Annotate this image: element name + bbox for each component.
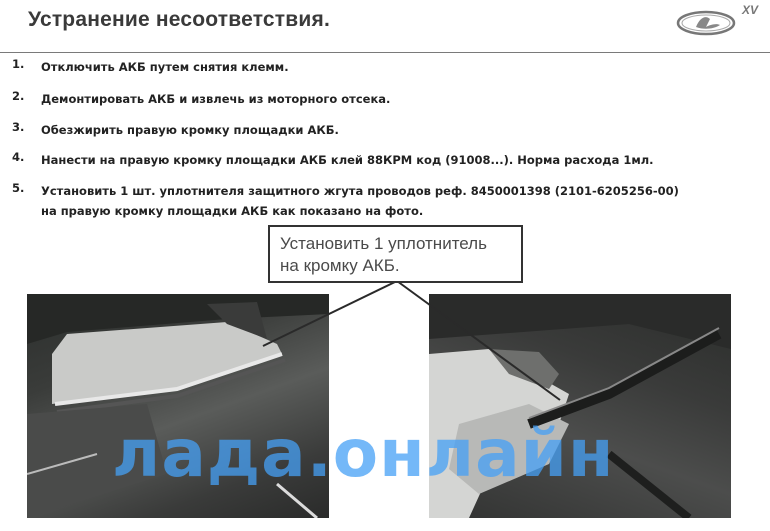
step-text: Нанести на правую кромку площадки АКБ кл…: [41, 150, 654, 170]
step-number: 5.: [12, 181, 24, 195]
logo-mark: XV: [742, 3, 758, 17]
watermark: лада.онлайн: [112, 415, 614, 492]
step-number: 1.: [12, 57, 24, 71]
step-text: Установить 1 шт. уплотнителя защитного ж…: [41, 181, 679, 201]
step-number: 4.: [12, 150, 24, 164]
page-title: Устранение несоответствия.: [28, 8, 330, 32]
callout-line: Установить 1 уплотнитель: [280, 233, 487, 255]
callout-line: на кромку АКБ.: [280, 255, 487, 277]
callout-box: Установить 1 уплотнитель на кромку АКБ.: [268, 225, 523, 283]
step-text: Отключить АКБ путем снятия клемм.: [41, 57, 289, 77]
step-text: на правую кромку площадки АКБ как показа…: [41, 201, 423, 221]
header-divider: [0, 52, 770, 53]
step-number: 2.: [12, 89, 24, 103]
lada-logo-icon: [676, 7, 740, 37]
step-text: Обезжирить правую кромку площадки АКБ.: [41, 120, 339, 140]
step-text: Демонтировать АКБ и извлечь из моторного…: [41, 89, 390, 109]
callout-text: Установить 1 уплотнитель на кромку АКБ.: [280, 233, 487, 277]
step-number: 3.: [12, 120, 24, 134]
